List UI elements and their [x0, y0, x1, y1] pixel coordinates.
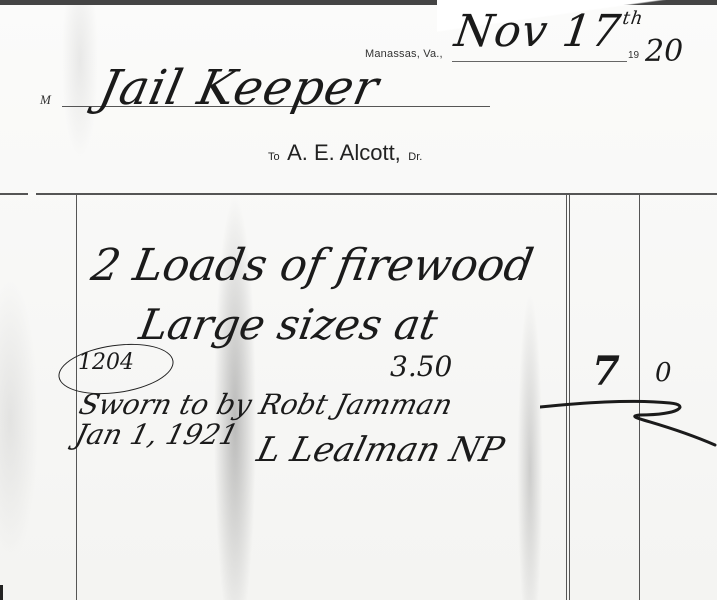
column-rule-left [76, 195, 77, 600]
handwritten-year: 20 [645, 34, 683, 69]
printed-place: Manassas, Va., [365, 48, 443, 60]
date-rule [452, 61, 627, 62]
circled-number: 1204 [78, 350, 134, 375]
header-divider [0, 193, 717, 195]
vendor-name: A. E. Alcott, [287, 140, 401, 165]
sworn-date: Jan 1, 1921 [72, 418, 242, 451]
item-description-line1: 2 Loads of firewood [88, 240, 538, 291]
date-text: Nov 17 [451, 6, 624, 57]
salutation-mark: M [40, 92, 51, 108]
notary-signature: L Lealman NP [253, 430, 508, 470]
date-suffix: th [621, 8, 645, 29]
sworn-statement: Sworn to by Robt Jamman [76, 388, 456, 421]
printed-year-prefix: 19 [628, 50, 639, 61]
to-prefix: To [268, 151, 280, 163]
item-unit-price: 3.50 [390, 350, 452, 383]
vendor-line: To A. E. Alcott, Dr. [268, 140, 422, 166]
vendor-suffix: Dr. [408, 151, 422, 163]
signature-flourish-icon [540, 395, 717, 455]
handwritten-payee: Jail Keeper [94, 60, 384, 116]
divider-gap [28, 192, 36, 196]
amount-cents: 0 [655, 358, 672, 388]
handwritten-date: Nov 17th [451, 6, 645, 57]
item-description-line2: Large sizes at [136, 300, 442, 349]
amount-dollars: 7 [592, 348, 620, 395]
scan-left-edge [0, 585, 3, 600]
